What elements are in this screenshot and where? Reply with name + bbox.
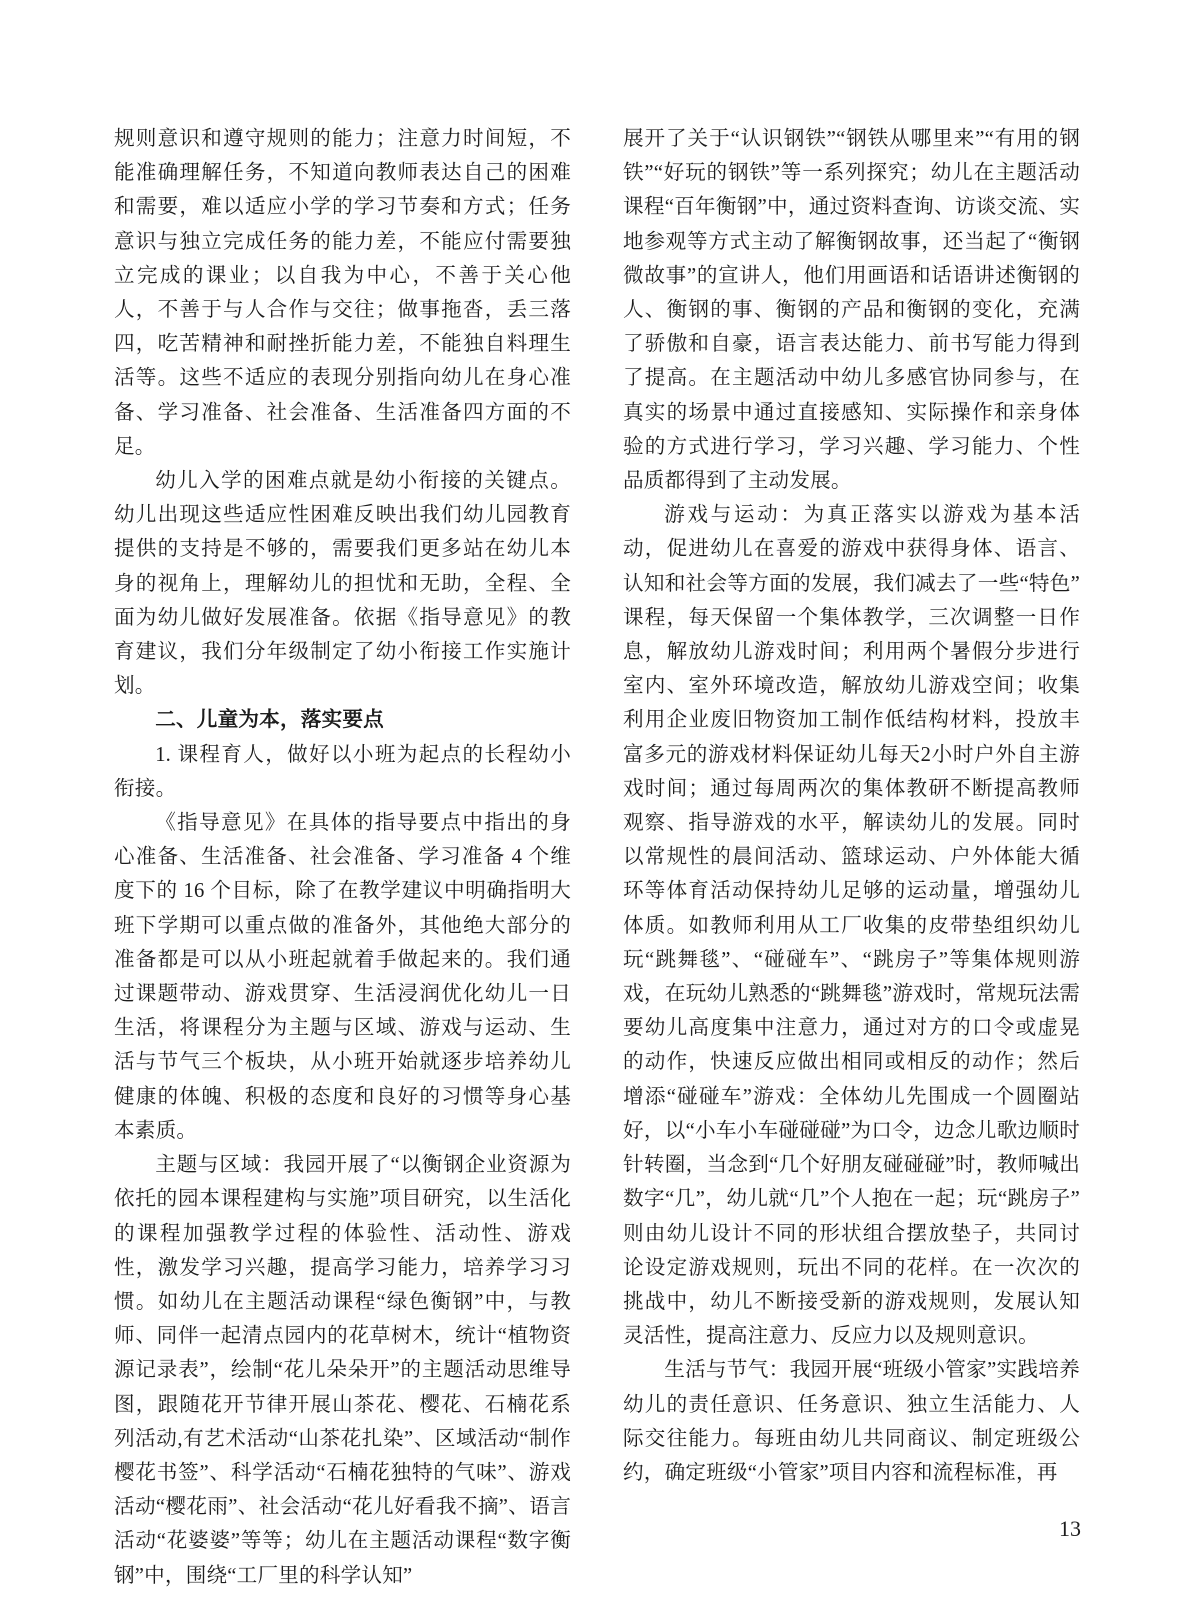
left-column: 规则意识和遵守规则的能力；注意力时间短，不能准确理解任务，不知道向教师表达自己的… [114, 122, 571, 1593]
paragraph: 游戏与运动：为真正落实以游戏为基本活动，促进幼儿在喜爱的游戏中获得身体、语言、认… [623, 498, 1080, 1353]
paragraph: 规则意识和遵守规则的能力；注意力时间短，不能准确理解任务，不知道向教师表达自己的… [114, 122, 571, 464]
paragraph: 《指导意见》在具体的指导要点中指出的身心准备、生活准备、社会准备、学习准备 4 … [114, 806, 571, 1148]
paragraph: 展开了关于“认识钢铁”“钢铁从哪里来”“有用的钢铁”“好玩的钢铁”等一系列探究；… [623, 122, 1080, 498]
page-number: 13 [1059, 1516, 1081, 1542]
paragraph: 主题与区域：我园开展了“以衡钢企业资源为依托的园本课程建构与实施”项目研究，以生… [114, 1148, 571, 1593]
right-column: 展开了关于“认识钢铁”“钢铁从哪里来”“有用的钢铁”“好玩的钢铁”等一系列探究；… [623, 122, 1080, 1593]
paragraph: 生活与节气：我园开展“班级小管家”实践培养幼儿的责任意识、任务意识、独立生活能力… [623, 1353, 1080, 1490]
document-page: 规则意识和遵守规则的能力；注意力时间短，不能准确理解任务，不知道向教师表达自己的… [0, 0, 1191, 1616]
text-columns: 规则意识和遵守规则的能力；注意力时间短，不能准确理解任务，不知道向教师表达自己的… [114, 122, 1080, 1593]
paragraph: 1. 课程育人，做好以小班为起点的长程幼小衔接。 [114, 738, 571, 806]
section-heading: 二、儿童为本，落实要点 [114, 703, 571, 737]
paragraph: 幼儿入学的困难点就是幼小衔接的关键点。幼儿出现这些适应性困难反映出我们幼儿园教育… [114, 464, 571, 703]
